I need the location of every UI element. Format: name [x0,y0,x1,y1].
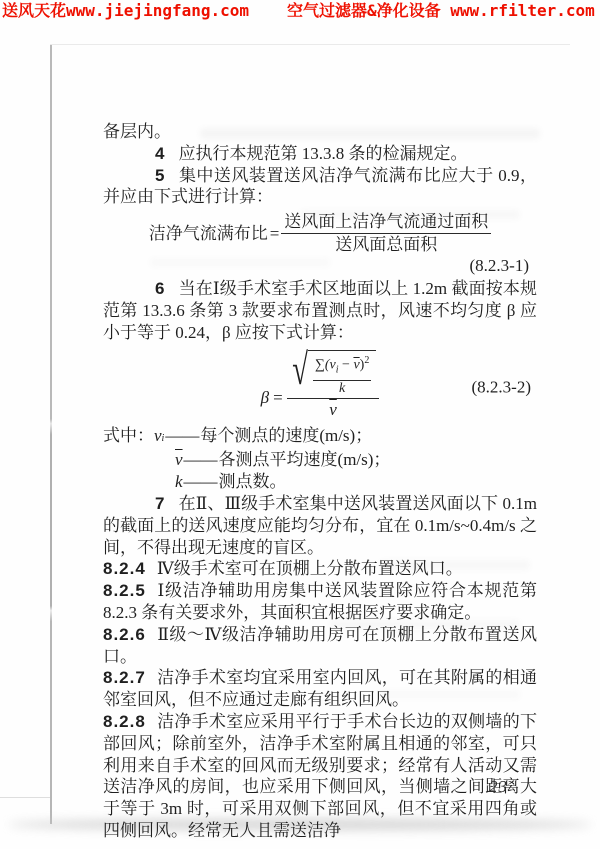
fraction: 送风面上洁净气流通过面积送风面总面积 [281,211,491,255]
list-item-7: 7在Ⅱ、Ⅲ级手术室集中送风装置送风面以下 0.1m 的截面上的送风速度应能均匀分… [103,493,537,558]
item-text: 应执行本规范第 13.3.8 条的检漏规定。 [178,144,467,163]
clause-number: 8.2.4 [103,559,146,578]
outer-fraction: √ ∑(vi − v)2 k v [287,350,380,420]
formula-velocity-nonuniformity: β = √ ∑(vi − v)2 k v (8.2.3-2) [103,350,537,420]
list-item-6: 6当在Ⅰ级手术室手术区地面以上 1.2m 截面按本规范第 13.3.6 条第 3… [103,278,537,343]
formula-lhs: 洁净气流满布比 [149,223,268,244]
em-dash: —— [165,425,199,447]
page-number: 23 [489,777,508,797]
equation-number-8-2-3-1: (8.2.3-1) [103,255,537,277]
where-prefix: 式中： [103,425,154,447]
list-item-5: 5集中送风装置送风洁净气流满布比应大于 0.9，并应由下式进行计算： [103,165,537,209]
symbol-vi: v [154,425,162,447]
equals-sign: = [270,223,280,244]
list-item-4: 4应执行本规范第 13.3.8 条的检漏规定。 [103,143,537,165]
em-dash: —— [184,449,218,471]
symbol-definition-row: 式中：vi——每个测点的速度(m/s)； [103,425,537,450]
clause-text: Ⅰ级洁净辅助用房集中送风装置除应符合本规范第 8.2.3 条有关要求外，其面积宜… [103,581,537,622]
clause-text: 洁净手术室均宜采用室内回风，可在其附属的相通邻室回风，但不应通过走廊有组织回风。 [103,668,537,709]
item-text: 在Ⅱ、Ⅲ级手术室集中送风装置送风面以下 0.1m 的截面上的送风速度应能均匀分布… [103,494,537,557]
clause-8-2-8: 8.2.8洁净手术室应采用平行于手术台长边的双侧墙的下部回风；除前室外，洁净手术… [103,711,537,842]
item-number: 4 [155,144,164,163]
square-root: √ ∑(vi − v)2 k [290,350,377,396]
clause-number: 8.2.5 [103,581,146,600]
outer-denominator-vbar: v [329,399,337,421]
clause-8-2-7: 8.2.7洁净手术室均宜采用室内回风，可在其附属的相通邻室回风，但不应通过走廊有… [103,667,537,711]
superscript-2: 2 [364,355,369,366]
equation-number-8-2-3-2: (8.2.3-2) [472,376,531,398]
page-top-edge [50,44,570,45]
outer-numerator: √ ∑(vi − v)2 k [287,350,380,398]
fraction-numerator: 送风面上洁净气流通过面积 [281,211,491,234]
symbol-description: 测点数。 [219,471,287,493]
sum-open: ∑(v [315,358,336,373]
symbol-definition-row: v——各测点平均速度(m/s)； [103,449,537,471]
symbol-k: k [175,471,183,493]
inner-fraction: ∑(vi − v)2 k [313,353,371,396]
item-text: 当在Ⅰ级手术室手术区地面以上 1.2m 截面按本规范第 13.3.6 条第 3 … [103,279,537,342]
clause-8-2-4: 8.2.4Ⅳ级手术室可在顶棚上分散布置送风口。 [103,558,537,580]
clause-8-2-6: 8.2.6Ⅱ级～Ⅳ级洁净辅助用房可在顶棚上分散布置送风口。 [103,624,537,668]
minus-sign: − [339,358,354,373]
clause-number: 8.2.8 [103,712,146,731]
clause-number: 8.2.6 [103,625,146,644]
document-body: 备层内。 4应执行本规范第 13.3.8 条的检漏规定。 5集中送风装置送风洁净… [103,121,537,842]
symbol-definition-row: k——测点数。 [103,471,537,493]
symbol-vbar: v [175,449,183,471]
spine-tick-line [0,797,50,798]
watermark-left-url: 送风天花www.jiejingfang.com [2,1,249,20]
item-number: 7 [155,494,164,513]
fraction-denominator: 送风面总面积 [335,234,437,255]
formula-clean-airflow-coverage-ratio: 洁净气流满布比=送风面上洁净气流通过面积送风面总面积 [103,211,537,255]
clause-text: 洁净手术室应采用平行于手术台长边的双侧墙的下部回风；除前室外，洁净手术室附属且相… [103,712,537,840]
em-dash: —— [184,471,218,493]
radicand: ∑(vi − v)2 k [308,350,376,396]
symbol-description: 各测点平均速度(m/s)； [219,449,391,471]
symbol-description: 每个测点的速度(m/s)； [200,425,372,447]
clause-text: Ⅳ级手术室可在顶棚上分散布置送风口。 [157,559,463,578]
beta-symbol: β [261,387,269,409]
book-spine-fold-line [50,45,52,824]
clause-8-2-5: 8.2.5Ⅰ级洁净辅助用房集中送风装置除应符合本规范第 8.2.3 条有关要求外… [103,580,537,624]
inner-denominator-k: k [339,381,345,397]
clause-text: Ⅱ级～Ⅳ级洁净辅助用房可在顶棚上分散布置送风口。 [103,625,537,666]
clause-number: 8.2.7 [103,668,146,687]
equals-sign: = [273,387,283,409]
inner-numerator: ∑(vi − v)2 [313,353,371,380]
radical-sign: √ [292,350,308,390]
watermark-right-url: 空气过滤器&净化设备 www.rfilter.com [287,1,595,21]
paragraph-continuation: 备层内。 [103,121,537,143]
item-number: 6 [155,279,164,298]
watermark-header: 送风天花www.jiejingfang.com 空气过滤器&净化设备 www.r… [2,1,598,21]
item-text: 集中送风装置送风洁净气流满布比应大于 0.9，并应由下式进行计算： [103,166,537,207]
item-number: 5 [155,166,164,185]
symbol-vi-sub: i [162,428,165,450]
